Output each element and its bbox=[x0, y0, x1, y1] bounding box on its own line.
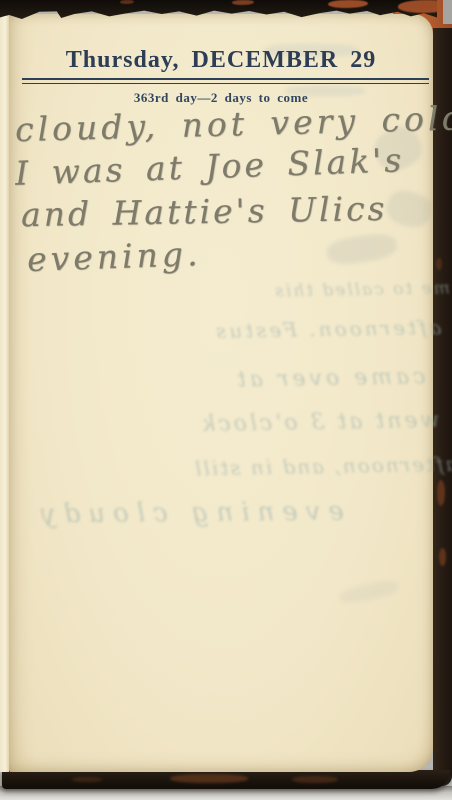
diary-page: Thursday, DECEMBER 29 363rd day—2 days t… bbox=[9, 14, 433, 772]
leather-wear-fleck bbox=[439, 548, 446, 566]
bleedthrough-ghost-line: me to called this bbox=[273, 278, 450, 301]
handwritten-entry-line: evening. bbox=[26, 234, 202, 279]
underlying-pages-edge bbox=[0, 16, 9, 772]
pencil-bleedthrough-smudge bbox=[383, 187, 434, 231]
leather-wear-fleck bbox=[436, 258, 442, 270]
double-rule-divider bbox=[22, 78, 429, 84]
book-cover-bottom-edge bbox=[2, 770, 450, 789]
bleedthrough-ghost-line: went at 3 o'clock bbox=[199, 408, 440, 437]
bleedthrough-ghost-line: came over at bbox=[233, 364, 426, 392]
page-date-heading: Thursday, DECEMBER 29 bbox=[9, 47, 433, 74]
scanner-background-corner bbox=[443, 0, 452, 24]
leather-wear-patch bbox=[170, 774, 248, 783]
pencil-bleedthrough-smudge bbox=[338, 578, 400, 606]
pencil-bleedthrough-smudge bbox=[326, 231, 399, 266]
handwritten-entry-line: I was at Joe Slak's bbox=[14, 140, 404, 193]
leather-wear-patch bbox=[72, 777, 102, 782]
bleedthrough-ghost-line: evening cloudy bbox=[33, 497, 344, 530]
leather-wear-fleck bbox=[437, 480, 445, 506]
bleedthrough-ghost-line: afternoon. Festus bbox=[213, 315, 442, 343]
bleedthrough-ghost-line: afternoon, and in still bbox=[193, 452, 452, 481]
handwritten-entry-line: and Hattie's Ulics bbox=[21, 189, 388, 234]
leather-wear-patch bbox=[292, 776, 338, 783]
